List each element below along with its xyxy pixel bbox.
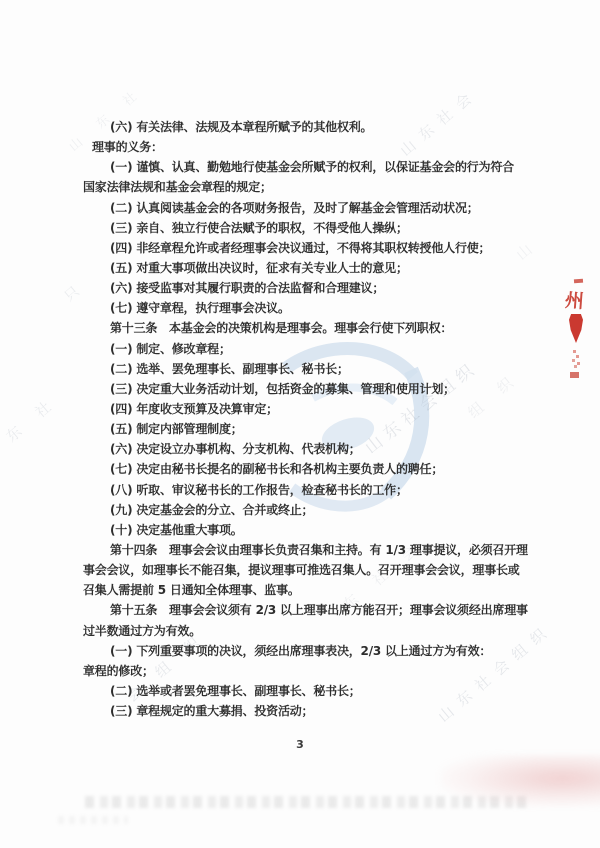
stamp-fragment-square [570,372,579,378]
stamp-bleedthrough-smudge [440,755,600,807]
text-line: 第十五条 理事会会议须有 2/3 以上理事出席方能召开；理事会议须经出席理事 [83,600,543,620]
text-line: 召集人需提前 5 日通知全体理事、监事。 [83,580,543,600]
text-line: 章程的修改； [83,661,543,681]
text-line: (六) 有关法律、法规及本章程所赋予的其他权利。 [83,117,543,137]
text-line: (四) 非经章程允许或者经理事会决议通过，不得将其职权转授他人行使； [83,238,543,258]
page-number: 3 [0,738,600,751]
stamp-fragment-dash [574,279,583,284]
text-line: 过半数通过方为有效。 [83,621,543,641]
text-line: 第十四条 理事会会议由理事长负责召集和主持。有 1/3 理事提议，必须召开理 [83,540,543,560]
stamp-fragment-blob [569,314,583,343]
text-line: (二) 认真阅读基金会的各项财务报告，及时了解基金会管理活动状况； [83,198,543,218]
text-line: (十) 决定基他重大事项。 [83,520,543,540]
text-line: 事会会议，如理事长不能召集，提议理事可推选召集人。召开理事会会议，理事长或 [83,560,543,580]
text-line: (九) 决定基金会的分立、合并或终止； [83,500,543,520]
text-line: (五) 制定内部管理制度； [83,419,543,439]
text-line: (一) 下列重要事项的决议，须经出席理事表决，2/3 以上通过方为有效： [83,641,543,661]
text-line: (三) 决定重大业务活动计划，包括资金的募集、管理和使用计划； [83,379,543,399]
text-line: 理事的义务： [83,137,543,157]
text-line: (六) 决定设立办事机构、分支机构、代表机构； [83,439,543,459]
text-line: 国家法律法规和基金会章程的规定； [83,177,543,197]
text-line: (六) 接受监事对其履行职责的合法监督和合理建议； [83,278,543,298]
text-line: (七) 遵守章程，执行理事会决议。 [83,298,543,318]
text-line: (三) 亲自、独立行使合法赋予的职权，不得受他人操纵； [83,218,543,238]
text-line: (一) 制定、修改章程； [83,339,543,359]
stamp-fragment-char: 州 [564,285,585,313]
scanned-document-page: 山 东 社 山东社会 只 山东社会组织 东 社 组 织 会 组 织 山东社会组织… [0,0,600,848]
document-text-block: (六) 有关法律、法规及本章程所赋予的其他权利。 理事的义务： (一) 谨慎、认… [83,117,543,721]
stamp-fragment-scratch [573,350,576,353]
text-line: (三) 章程规定的重大募捐、投资活动； [83,701,543,721]
text-line: (二) 选举或者罢免理事长、副理事长、秘书长； [83,681,543,701]
text-line: 第十三条 本基金会的决策机构是理事会。理事会行使下列职权： [83,318,543,338]
text-line: (二) 选举、罢免理事长、副理事长、秘书长； [83,359,543,379]
watermark-text: 东 社 [1,391,62,447]
text-line: (五) 对重大事项做出决议时，征求有关专业人士的意见； [83,258,543,278]
bleedthrough-mark [58,816,128,824]
text-line: (一) 谨慎、认真、勤勉地行使基金会所赋予的权利，以保证基金会的行为符合 [83,157,543,177]
text-line: (七) 决定由秘书长提名的副秘书长和各机构主要负责人的聘任； [83,459,543,479]
text-line: (八) 听取、审议秘书长的工作报告，检查秘书长的工作； [83,480,543,500]
text-line: (四) 年度收支预算及决算审定； [83,399,543,419]
